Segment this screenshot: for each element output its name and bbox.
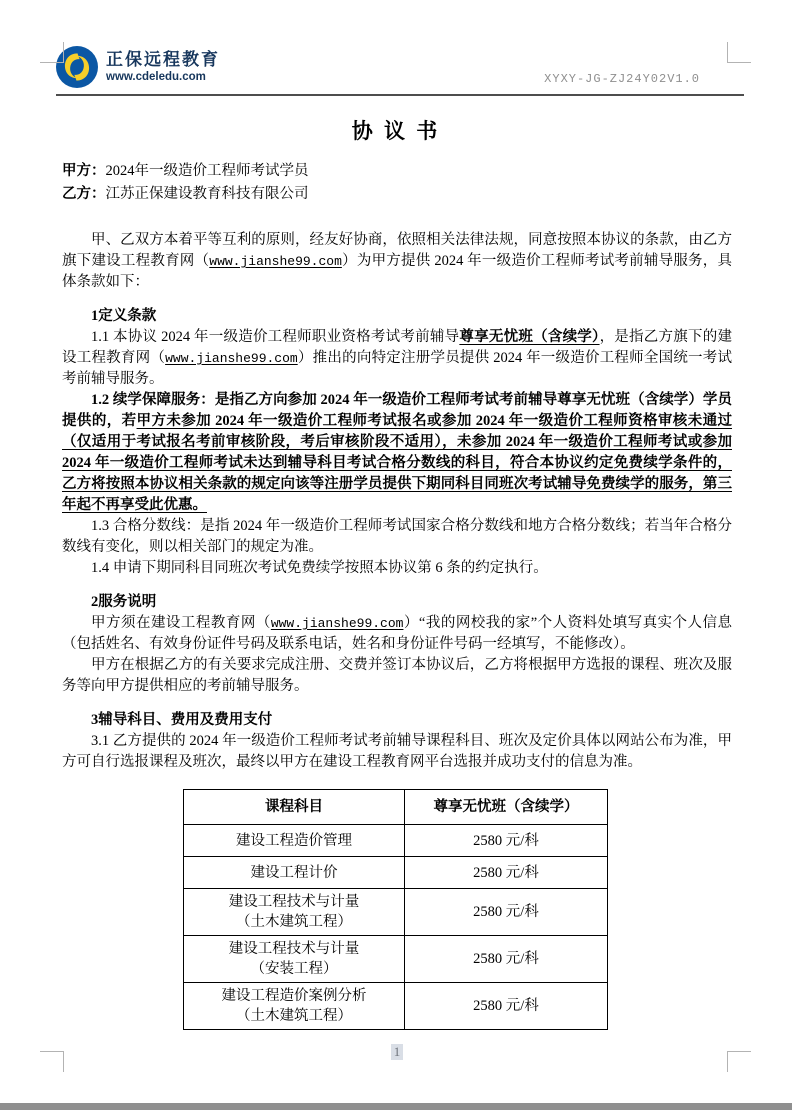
document-title: 协 议 书 bbox=[0, 116, 792, 146]
brand-website: www.cdeledu.com bbox=[106, 70, 220, 84]
subject-cell: 建设工程计价 bbox=[188, 863, 400, 883]
crop-mark-bottom-left bbox=[40, 1051, 64, 1072]
document-code: XYXY-JG-ZJ24Y02V1.0 bbox=[544, 72, 744, 88]
crop-mark-top-right bbox=[727, 42, 751, 63]
crop-mark-bottom-right bbox=[727, 1051, 751, 1072]
price-cell: 2580 元/科 bbox=[405, 983, 608, 1030]
table-row: 建设工程造价案例分析（土木建筑工程） 2580 元/科 bbox=[184, 983, 608, 1030]
jianshe99-link[interactable]: www.jianshe99.com bbox=[165, 351, 298, 366]
section2-heading: 2服务说明 bbox=[62, 592, 732, 613]
section2-text-1: 甲方须在建设工程教育网（ bbox=[91, 615, 271, 631]
party-b-value: 江苏正保建设教育科技有限公司 bbox=[106, 186, 309, 202]
table-row: 建设工程技术与计量（安装工程） 2580 元/科 bbox=[184, 936, 608, 983]
table-row: 建设工程造价管理 2580 元/科 bbox=[184, 825, 608, 857]
subject-cell-line2: （土木建筑工程） bbox=[188, 912, 400, 932]
clause-1-1: 1.1 本协议 2024 年一级造价工程师职业资格考试考前辅导尊享无忧班（含续学… bbox=[62, 327, 732, 390]
section1-heading: 1定义条款 bbox=[62, 306, 732, 327]
brand-name: 正保远程教育 bbox=[106, 50, 220, 70]
party-a-line: 甲方：2024年一级造价工程师考试学员 bbox=[62, 160, 732, 183]
section3-heading: 3辅导科目、费用及费用支付 bbox=[62, 710, 732, 731]
jianshe99-link[interactable]: www.jianshe99.com bbox=[271, 616, 404, 631]
subject-cell: 建设工程造价管理 bbox=[188, 831, 400, 851]
party-a-value: 2024年一级造价工程师考试学员 bbox=[106, 163, 309, 179]
crop-mark-top-left bbox=[40, 42, 64, 63]
clause-1-1-highlight: 尊享无忧班（含续学） bbox=[459, 329, 599, 345]
subject-cell-line2: （土木建筑工程） bbox=[188, 1006, 400, 1026]
page-number: 1 bbox=[391, 1044, 404, 1060]
page-header: 正保远程教育 www.cdeledu.com XYXY-JG-ZJ24Y02V1… bbox=[56, 46, 744, 96]
price-cell: 2580 元/科 bbox=[405, 857, 608, 889]
jianshe99-link[interactable]: www.jianshe99.com bbox=[209, 254, 342, 269]
price-cell: 2580 元/科 bbox=[405, 825, 608, 857]
clause-1-3: 1.3 合格分数线：是指 2024 年一级造价工程师考试国家合格分数线和地方合格… bbox=[62, 516, 732, 558]
document-page: 正保远程教育 www.cdeledu.com XYXY-JG-ZJ24Y02V1… bbox=[0, 0, 792, 1110]
subject-cell: 建设工程技术与计量 bbox=[188, 892, 400, 912]
clause-3-1: 3.1 乙方提供的 2024 年一级造价工程师考试考前辅导课程科目、班次及定价具… bbox=[62, 731, 732, 773]
party-a-label: 甲方： bbox=[62, 163, 106, 179]
fee-table-header-subject: 课程科目 bbox=[184, 790, 405, 825]
fee-table: 课程科目 尊享无忧班（含续学） 建设工程造价管理 2580 元/科 建设工程计价… bbox=[183, 789, 608, 1030]
price-cell: 2580 元/科 bbox=[405, 889, 608, 936]
fee-table-header-row: 课程科目 尊享无忧班（含续学） bbox=[184, 790, 608, 825]
page-edge bbox=[0, 1103, 792, 1110]
subject-cell-line2: （安装工程） bbox=[188, 959, 400, 979]
table-row: 建设工程技术与计量（土木建筑工程） 2580 元/科 bbox=[184, 889, 608, 936]
section2-paragraph-1: 甲方须在建设工程教育网（www.jianshe99.com）“我的网校我的家”个… bbox=[62, 613, 732, 655]
brand-logo: 正保远程教育 www.cdeledu.com bbox=[56, 46, 220, 88]
party-b-label: 乙方： bbox=[62, 186, 106, 202]
page-footer: 1 bbox=[62, 1042, 732, 1063]
clause-1-2: 1.2 续学保障服务：是指乙方向参加 2024 年一级造价工程师考试考前辅导尊享… bbox=[62, 390, 732, 516]
section2-paragraph-2: 甲方在根据乙方的有关要求完成注册、交费并签订本协议后，乙方将根据甲方选报的课程、… bbox=[62, 655, 732, 697]
document-body: 甲方：2024年一级造价工程师考试学员 乙方：江苏正保建设教育科技有限公司 甲、… bbox=[62, 160, 732, 1063]
subject-cell: 建设工程技术与计量 bbox=[188, 939, 400, 959]
subject-cell: 建设工程造价案例分析 bbox=[188, 986, 400, 1006]
brand-logo-text: 正保远程教育 www.cdeledu.com bbox=[106, 50, 220, 84]
clause-1-4: 1.4 申请下期同科目同班次考试免费续学按照本协议第 6 条的约定执行。 bbox=[62, 558, 732, 579]
clause-1-2-underlined: 甲方未参加 2024 年一级造价工程师考试报名或参加 2024 年一级造价工程师… bbox=[62, 413, 732, 513]
table-row: 建设工程计价 2580 元/科 bbox=[184, 857, 608, 889]
fee-table-header-class: 尊享无忧班（含续学） bbox=[405, 790, 608, 825]
intro-paragraph: 甲、乙双方本着平等互利的原则，经友好协商，依照相关法律法规，同意按照本协议的条款… bbox=[62, 230, 732, 293]
party-b-line: 乙方：江苏正保建设教育科技有限公司 bbox=[62, 183, 732, 206]
price-cell: 2580 元/科 bbox=[405, 936, 608, 983]
clause-1-1-text-1: 1.1 本协议 2024 年一级造价工程师职业资格考试考前辅导 bbox=[91, 329, 459, 345]
